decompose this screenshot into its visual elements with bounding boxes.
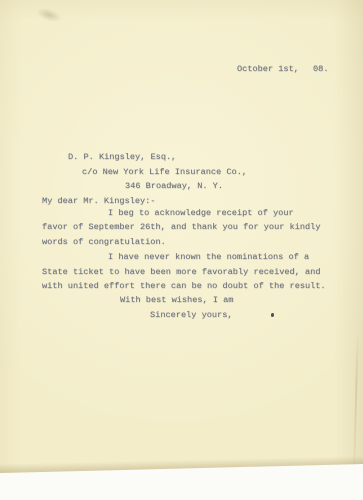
body-line: I beg to acknowledge receipt of your xyxy=(108,208,294,218)
paper-bottom-edge xyxy=(0,456,363,474)
body-line: State ticket to have been more favorably… xyxy=(42,267,320,277)
recipient-name-line: D. P. Kingsley, Esq., xyxy=(68,152,176,162)
closing-line: With best wishes, I am xyxy=(120,295,233,305)
signoff-line: Sincerely yours, xyxy=(150,310,233,320)
body-line: favor of September 26th, and thank you f… xyxy=(42,222,320,232)
date-year: 08. xyxy=(313,64,328,74)
body-line: with united effort there can be no doubt… xyxy=(42,281,326,291)
salutation-line: My dear Mr. Kingsley:- xyxy=(42,196,155,206)
body-line: I have never known the nominations of a xyxy=(108,252,309,262)
paper-crease xyxy=(353,330,359,470)
body-line: words of congratulation. xyxy=(42,237,166,247)
recipient-address-line: 346 Broadway, N. Y. xyxy=(125,181,223,191)
pencil-smudge-mark xyxy=(35,5,63,24)
letter-paper: October 1st, 08. D. P. Kingsley, Esq., c… xyxy=(0,0,363,500)
recipient-company-line: c/o New York Life Insurance Co., xyxy=(82,167,247,177)
scanned-letter-page: October 1st, 08. D. P. Kingsley, Esq., c… xyxy=(0,0,363,500)
ink-speck-mark xyxy=(271,313,274,317)
date-text: October 1st, xyxy=(237,64,299,74)
